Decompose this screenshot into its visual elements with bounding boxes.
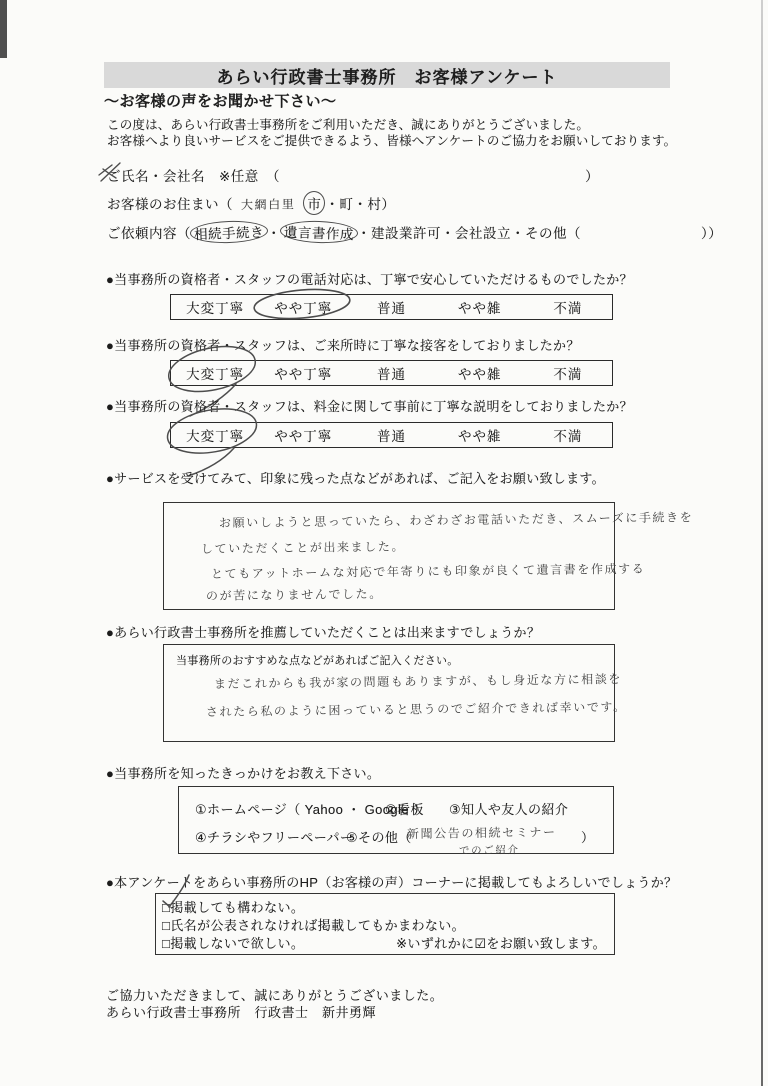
rating-option[interactable]: 不満 — [524, 425, 612, 445]
scan-edge-right — [761, 0, 763, 1086]
rating-option[interactable]: 普通 — [347, 297, 435, 317]
address-field: お客様のお住まい（大網白里市・町・村） — [107, 193, 395, 213]
rating-option[interactable]: 普通 — [347, 425, 435, 445]
request-option-yuigon-circled[interactable]: 遺言書作成 — [280, 220, 359, 245]
rating-option-selected[interactable]: 大変丁寧 — [171, 363, 259, 383]
name-field-label: ご氏名・会社名 ※任意 （ — [107, 169, 280, 184]
address-options-suffix: ・町・村） — [325, 197, 395, 212]
question-4-impressions: ●サービスを受けてみて、印象に残った点などがあれば、ご記入をお願い致します。 — [106, 468, 605, 487]
rating-option[interactable]: やや雑 — [436, 363, 524, 383]
rating-option[interactable]: 普通 — [347, 363, 435, 383]
handwritten-line: お願いしようと思っていたら、わざわざお電話いただき、スムーズに手続きを — [219, 508, 694, 531]
footer-signature: あらい行政書士事務所 行政書士 新井勇輝 — [106, 1002, 376, 1021]
request-field: ご依頼内容（相続手続き・遺言書作成・建設業許可・会社設立・その他（）） — [107, 222, 722, 242]
subtitle: ～お客様の声をお聞かせ下さい～ — [104, 90, 337, 111]
rating-table-q2: 大変丁寧 やや丁寧 普通 やや雑 不満 — [170, 360, 613, 386]
rating-option[interactable]: やや雑 — [436, 425, 524, 445]
question-3-fee-explanation: ●当事務所の資格者・スタッフは、料金に関して事前に丁寧な説明をしておりましたか？ — [106, 396, 633, 415]
page-title: あらい行政書士事務所 お客様アンケート — [104, 62, 670, 88]
rating-table-q1: 大変丁寧 やや丁寧 普通 やや雑 不満 — [170, 294, 613, 320]
how-found-options-box: ①ホームページ（ Yahoo ・ Google ） ②看板 ③知人や友人の紹介 … — [178, 786, 614, 854]
rating-option[interactable]: 大変丁寧 — [171, 297, 259, 317]
rating-option[interactable]: 不満 — [524, 363, 612, 383]
option-other-handwritten-value: 新聞公告の相続セミナー — [407, 823, 557, 842]
rating-option[interactable]: 不満 — [524, 297, 612, 317]
rating-option-selected[interactable]: やや丁寧 — [259, 297, 347, 317]
handwritten-line: していただくことが出来ました。 — [201, 538, 405, 557]
consent-option-label: 氏名が公表されなければ掲載してもかまわない。 — [170, 918, 465, 933]
question-6-how-found: ●当事務所を知ったきっかけをお教え下さい。 — [106, 763, 380, 782]
consent-option-label: 掲載しても構わない。 — [170, 900, 304, 915]
address-handwritten-value[interactable]: 大網白里 — [241, 195, 296, 213]
question-5-recommendation: ●あらい行政書士事務所を推薦していただくことは出来ますでしょうか？ — [106, 622, 540, 641]
scan-edge-left — [0, 0, 7, 58]
name-field-close-paren: ） — [585, 169, 599, 184]
rating-option[interactable]: やや雑 — [436, 297, 524, 317]
option-flyer[interactable]: ④チラシやフリーペーパー — [195, 827, 353, 846]
consent-option-label: 掲載しないで欲しい。 — [170, 936, 304, 951]
recommendation-hint: 当事務所のおすすめな点などがあればご記入ください。 — [176, 652, 459, 668]
consent-note: ※いずれかに☑をお願い致します。 — [396, 933, 606, 952]
option-other-handwritten-value-2: でのご紹介 — [459, 842, 520, 858]
handwritten-line: とてもアットホームな対応で年寄りにも印象が良くて遺言書を作成する — [211, 560, 646, 582]
request-option-souzoku-circled[interactable]: 相続手続き — [190, 220, 269, 245]
handwritten-line: されたら私のように困っていると思うのでご紹介できれば幸いです。 — [206, 698, 627, 720]
question-2-reception: ●当事務所の資格者・スタッフは、ご来所時に丁寧な接客をしておりましたか？ — [106, 335, 580, 354]
consent-option-row[interactable]: □掲載しても構わない。 — [162, 897, 304, 916]
rating-option[interactable]: やや丁寧 — [259, 363, 347, 383]
request-separator: ・ — [267, 226, 281, 241]
request-close-paren: ）） — [701, 226, 722, 241]
option-signboard[interactable]: ②看板 — [385, 799, 424, 818]
request-field-label: ご依頼内容（ — [107, 226, 191, 241]
option-other-close-paren: ） — [581, 827, 594, 846]
publish-consent-box: □掲載しても構わない。 □氏名が公表されなければ掲載してもかまわない。 □掲載し… — [155, 893, 615, 955]
consent-option-row[interactable]: □氏名が公表されなければ掲載してもかまわない。 — [162, 915, 465, 934]
option-referral[interactable]: ③知人や友人の紹介 — [449, 799, 568, 818]
rating-option-selected[interactable]: 大変丁寧 — [171, 425, 259, 445]
name-field: ご氏名・会社名 ※任意 （） — [107, 165, 599, 185]
rating-option[interactable]: やや丁寧 — [259, 425, 347, 445]
address-city-option-circled[interactable]: 市 — [303, 191, 325, 215]
recommendation-answer-box[interactable]: 当事務所のおすすめな点などがあればご記入ください。 まだこれからも我が家の問題も… — [163, 644, 615, 742]
option-other-label[interactable]: ⑤その他（ — [346, 827, 412, 846]
consent-option-row[interactable]: □掲載しないで欲しい。 — [162, 933, 304, 952]
question-7-publish-consent: ●本アンケートをあらい事務所のHP（お客様の声）コーナーに掲載してもよろしいでし… — [106, 872, 677, 891]
address-field-label: お客様のお住まい（ — [107, 197, 233, 212]
impressions-answer-box[interactable]: お願いしようと思っていたら、わざわざお電話いただき、スムーズに手続きを していた… — [163, 502, 615, 610]
handwritten-line: のが苦になりませんでした。 — [206, 585, 383, 604]
intro-line-2: お客様へより良いサービスをご提供できるよう、皆様へアンケートのご協力をお願いして… — [107, 131, 676, 149]
question-1-phone-response: ●当事務所の資格者・スタッフの電話対応は、丁寧で安心していただけるものでしたか？ — [106, 269, 633, 288]
request-options-rest: ・建設業許可・会社設立・その他（ — [357, 226, 581, 241]
handwritten-line: まだこれからも我が家の問題もありますが、もし身近な方に相談を — [214, 670, 622, 692]
rating-table-q3: 大変丁寧 やや丁寧 普通 やや雑 不満 — [170, 422, 613, 448]
